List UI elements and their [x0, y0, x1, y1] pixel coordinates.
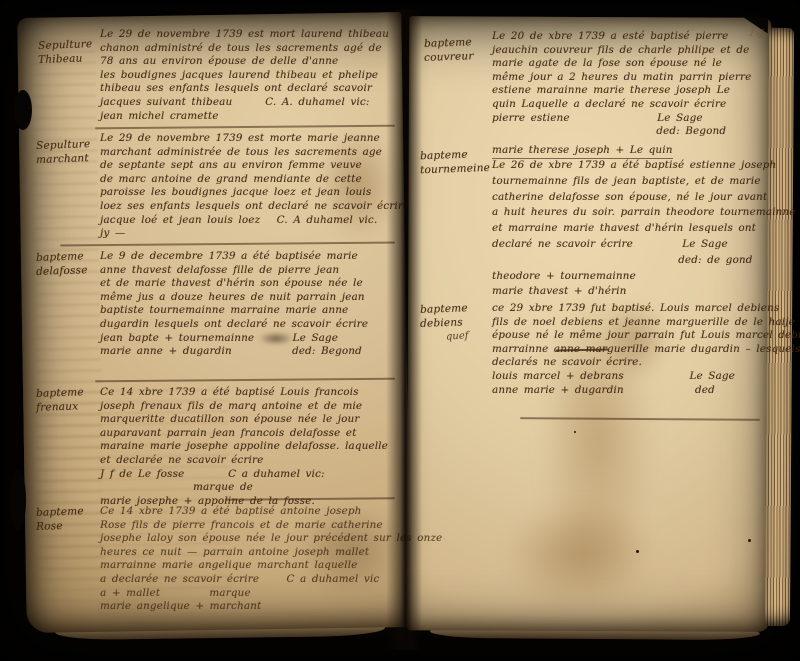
baptism-entry-couvreur: Le 20 de xbre 1739 a esté baptisé pierre…: [492, 30, 751, 139]
baptism-entry-rose: Ce 14 xbre 1739 a été baptisé antoine jo…: [100, 505, 442, 614]
manuscript-photo: 14 SepultureThibeau Le 29 de novembre 17…: [0, 0, 800, 661]
manuscript-line: chanon administré de tous les sacrements…: [100, 42, 389, 56]
manuscript-line: delafosse: [36, 263, 88, 279]
manuscript-line: jean bapte + tournemainne Le Sage: [100, 332, 368, 346]
manuscript-line: marqueritte ducatillon son épouse née le…: [100, 413, 388, 427]
manuscript-line: marie angelique + marchant: [100, 600, 442, 614]
torn-edge-notch: [14, 90, 32, 130]
manuscript-line: tournemeine: [420, 161, 490, 177]
ink-speck: [748, 539, 751, 542]
manuscript-line: anne marie + dugardin ded: [492, 384, 800, 398]
manuscript-line: tournemainne fils de jean baptiste, et d…: [492, 174, 796, 190]
manuscript-line: marrainne marie angelique marchant laque…: [100, 559, 442, 573]
manuscript-line: theodore + tournemainne: [492, 269, 796, 285]
margin-label-bapteme-tournemeine: baptemetournemeine: [420, 148, 490, 176]
manuscript-line: catherine delafosse son épouse, né le jo…: [492, 190, 796, 206]
margin-label-bapteme-delafosse: baptemedelafosse: [36, 250, 88, 278]
manuscript-line: loez ses enfants lesquels ont declaré ne…: [100, 200, 409, 214]
margin-label-sepulture-marchant: Sepulturemarchant: [36, 138, 90, 166]
manuscript-line: ce 29 xbre 1739 fut baptisé. Louis marce…: [492, 302, 800, 316]
manuscript-line: declaré ne scavoir écrire Le Sage: [492, 237, 796, 253]
manuscript-line: 78 ans au environ épouse de delle d'anne: [100, 55, 389, 69]
margin-label-bapteme-frenaux: baptemefrenaux: [36, 386, 84, 414]
manuscript-line: jacques suivant thibeau C. A. duhamel vi…: [100, 96, 389, 110]
manuscript-line: J f de Le fosse C a duhamel vic:: [100, 468, 388, 482]
manuscript-line: marque de: [100, 481, 388, 495]
manuscript-line: marchant: [36, 151, 91, 167]
manuscript-line: louis marcel + debrans Le Sage: [492, 370, 800, 384]
burial-entry-thibeau: Le 29 de novembre 1739 est mort laurend …: [100, 28, 389, 123]
manuscript-line: Rose: [36, 518, 84, 534]
manuscript-line: marie agate de la fose son épouse né le: [492, 57, 751, 71]
manuscript-line: Le 9 de decembre 1739 a été baptisée mar…: [100, 250, 368, 264]
manuscript-line: heures ce nuit — parrain antoine joseph …: [100, 546, 442, 560]
manuscript-line: jeauchin couvreur fils de charle philipe…: [492, 44, 751, 58]
manuscript-line: quin Laquelle a declaré ne scavoir écrir…: [492, 98, 751, 112]
manuscript-line: Ce 14 xbre 1739 a été baptisé Louis fran…: [100, 386, 388, 400]
manuscript-line: a huit heures du soir. parrain theodore …: [492, 205, 796, 221]
manuscript-line: dugardin lesquels ont declaré ne scavoir…: [100, 318, 368, 332]
manuscript-line: marie thavest + d'hérin: [492, 284, 796, 300]
manuscript-line: marie anne + dugardin ded: Begond: [100, 345, 368, 359]
manuscript-line: ded: de gond: [492, 253, 796, 269]
baptism-entry-debiens: ce 29 xbre 1739 fut baptisé. Louis marce…: [492, 302, 800, 397]
baptism-entry-tournemeine: Le 26 de xbre 1739 a été baptisé estienn…: [492, 158, 796, 300]
manuscript-line: auparavant parrain jean francois delafos…: [100, 427, 388, 441]
baptism-entry-delafosse: Le 9 de decembre 1739 a été baptisée mar…: [100, 250, 368, 359]
manuscript-line: Thibeau: [38, 51, 93, 67]
manuscript-line: declarés ne scavoir écrire.: [492, 356, 800, 370]
manuscript-line: jacque loé et jean louis loez C. A duham…: [100, 214, 409, 228]
margin-label-bapteme-rose: baptemeRose: [36, 505, 84, 533]
manuscript-line: Le 29 de novembre 1739 est mort laurend …: [100, 28, 389, 42]
manuscript-line: thibeau ses enfants lesquels ont declaré…: [100, 82, 389, 96]
manuscript-line: couvreur: [424, 49, 474, 65]
manuscript-line: marrainne anne marguerille marie dugardi…: [492, 343, 800, 357]
margin-label-sepulture-thibeau: SepultureThibeau: [38, 38, 92, 66]
manuscript-line: paroisse les boudignes jacque loez et je…: [100, 186, 409, 200]
manuscript-line: Ce 14 xbre 1739 a été baptisé antoine jo…: [100, 505, 442, 519]
manuscript-line: Le 20 de xbre 1739 a esté baptisé pierre: [492, 30, 751, 44]
manuscript-line: a declarée ne scavoir écrire C a duhamel…: [100, 573, 442, 587]
signature-lequin: marie therese joseph + Le quin: [492, 144, 673, 159]
manuscript-line: même jour a 2 heures du matin parrin pie…: [492, 71, 751, 85]
manuscript-line: épouse né le même jour parrain fut Louis…: [492, 329, 800, 343]
manuscript-line: de septante sept ans au environ femme ve…: [100, 159, 409, 173]
margin-label-bapteme-debiens: baptemedebiens: [420, 302, 468, 330]
manuscript-line: estiene marainne marie therese joseph Le: [492, 84, 751, 98]
manuscript-line: frenaux: [36, 399, 84, 415]
manuscript-line: ded: Begond: [492, 125, 751, 139]
manuscript-line: de marc antoine de grand mendiante de ce…: [100, 173, 409, 187]
manuscript-line: et marraine marie thavest d'hérin lesque…: [492, 221, 796, 237]
ink-speck: [636, 550, 639, 553]
margin-note-quef: quef: [446, 330, 469, 342]
manuscript-line: Le 29 de novembre 1739 est morte marie j…: [100, 132, 409, 146]
manuscript-line: baptiste tournemainne marraine marie ann…: [100, 304, 368, 318]
margin-label-bapteme-couvreur: baptemecouvreur: [424, 36, 474, 64]
manuscript-line: marchant administrée de tous les sacreme…: [100, 146, 409, 160]
manuscript-line: a + mallet marque: [100, 587, 442, 601]
manuscript-line: fils de noel debiens et jeanne margueril…: [492, 316, 800, 330]
manuscript-line: et de marie thavest d'hérin son épouse n…: [100, 277, 368, 291]
manuscript-line: jean michel cramette: [100, 110, 389, 124]
signature-continuation: marie therese joseph + Le quin: [492, 138, 673, 159]
manuscript-line: Le 26 de xbre 1739 a été baptisé estienn…: [492, 158, 796, 174]
manuscript-line: jy —: [100, 227, 409, 241]
manuscript-line: maraine marie josephe appoline delafosse…: [100, 440, 388, 454]
manuscript-line: anne thavest delafosse fille de pierre j…: [100, 264, 368, 278]
manuscript-line: pierre estiene Le Sage: [492, 112, 751, 126]
torn-edge-notch: [10, 470, 26, 530]
burial-entry-marchant: Le 29 de novembre 1739 est morte marie j…: [100, 132, 409, 241]
manuscript-line: même jus a douze heures de nuit parrain …: [100, 291, 368, 305]
manuscript-line: les boudignes jacques laurend thibeau et…: [100, 69, 389, 83]
manuscript-line: et declarée ne scavoir écrire: [100, 454, 388, 468]
manuscript-line: josephe laloy son épouse née le jour pré…: [100, 532, 442, 546]
manuscript-line: debiens: [420, 315, 468, 331]
manuscript-line: joseph frenaux fils de marq antoine et d…: [100, 400, 388, 414]
ink-speck: [574, 431, 576, 433]
manuscript-line: Rose fils de pierre francois et de marie…: [100, 519, 442, 533]
baptism-entry-frenaux: Ce 14 xbre 1739 a été baptisé Louis fran…: [100, 386, 388, 508]
